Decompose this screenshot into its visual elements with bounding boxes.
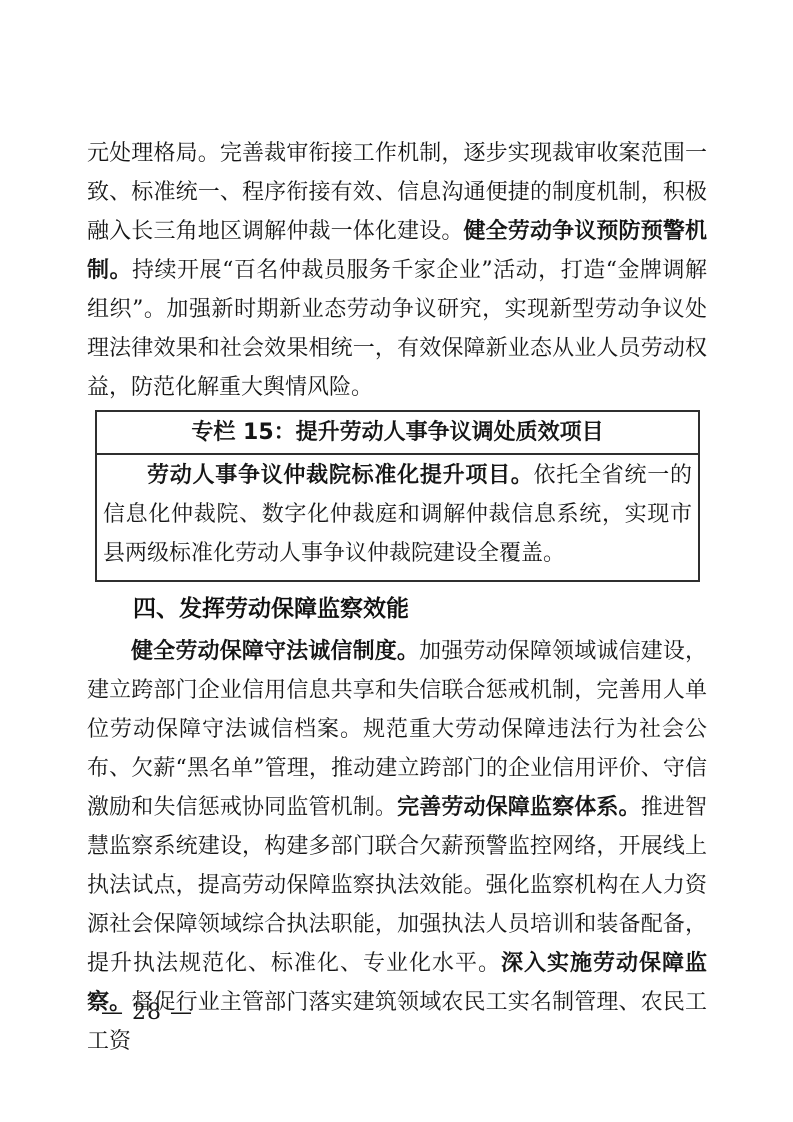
paragraph-labor-supervision: 健全劳动保障守法诚信制度。加强劳动保障领域诚信建设，建立跨部门企业信用信息共享和… bbox=[87, 632, 707, 1061]
bold-phrase-supervision-system: 完善劳动保障监察体系。 bbox=[397, 794, 641, 820]
text-run: 推进智慧监察系统建设，构建多部门联合欠薪预警监控网络，开展线上执法试点，提高劳动… bbox=[87, 795, 707, 976]
text-run: 持续开展“百名仲裁员服务千家企业”活动，打造“金牌调解组织”。加强新时期新业态劳… bbox=[87, 258, 707, 400]
page-number: — 28 — bbox=[101, 1000, 193, 1025]
bold-phrase-arbitration-project: 劳动人事争议仲裁院标准化提升项目。 bbox=[147, 462, 534, 488]
bold-phrase-credit-system: 健全劳动保障守法诚信制度。 bbox=[131, 638, 419, 664]
column-box-15: 专栏 15：提升劳动人事争议调处质效项目 劳动人事争议仲裁院标准化提升项目。依托… bbox=[95, 410, 700, 582]
section-heading-four: 四、发挥劳动保障监察效能 bbox=[87, 594, 707, 624]
column-box-paragraph: 劳动人事争议仲裁院标准化提升项目。依托全省统一的信息化仲裁院、数字化仲裁庭和调解… bbox=[103, 456, 692, 573]
text-run: 加强劳动保障领域诚信建设，建立跨部门企业信用信息共享和失信联合惩戒机制，完善用人… bbox=[87, 639, 707, 820]
body-content: 元处理格局。完善裁审衔接工作机制，逐步实现裁审收案范围一致、标准统一、程序衔接有… bbox=[87, 134, 707, 1061]
column-box-body: 劳动人事争议仲裁院标准化提升项目。依托全省统一的信息化仲裁院、数字化仲裁庭和调解… bbox=[97, 455, 698, 580]
column-box-title: 专栏 15：提升劳动人事争议调处质效项目 bbox=[97, 412, 698, 455]
document-page: 元处理格局。完善裁审衔接工作机制，逐步实现裁审收案范围一致、标准统一、程序衔接有… bbox=[0, 0, 793, 1122]
paragraph-continuation: 元处理格局。完善裁审衔接工作机制，逐步实现裁审收案范围一致、标准统一、程序衔接有… bbox=[87, 134, 707, 407]
